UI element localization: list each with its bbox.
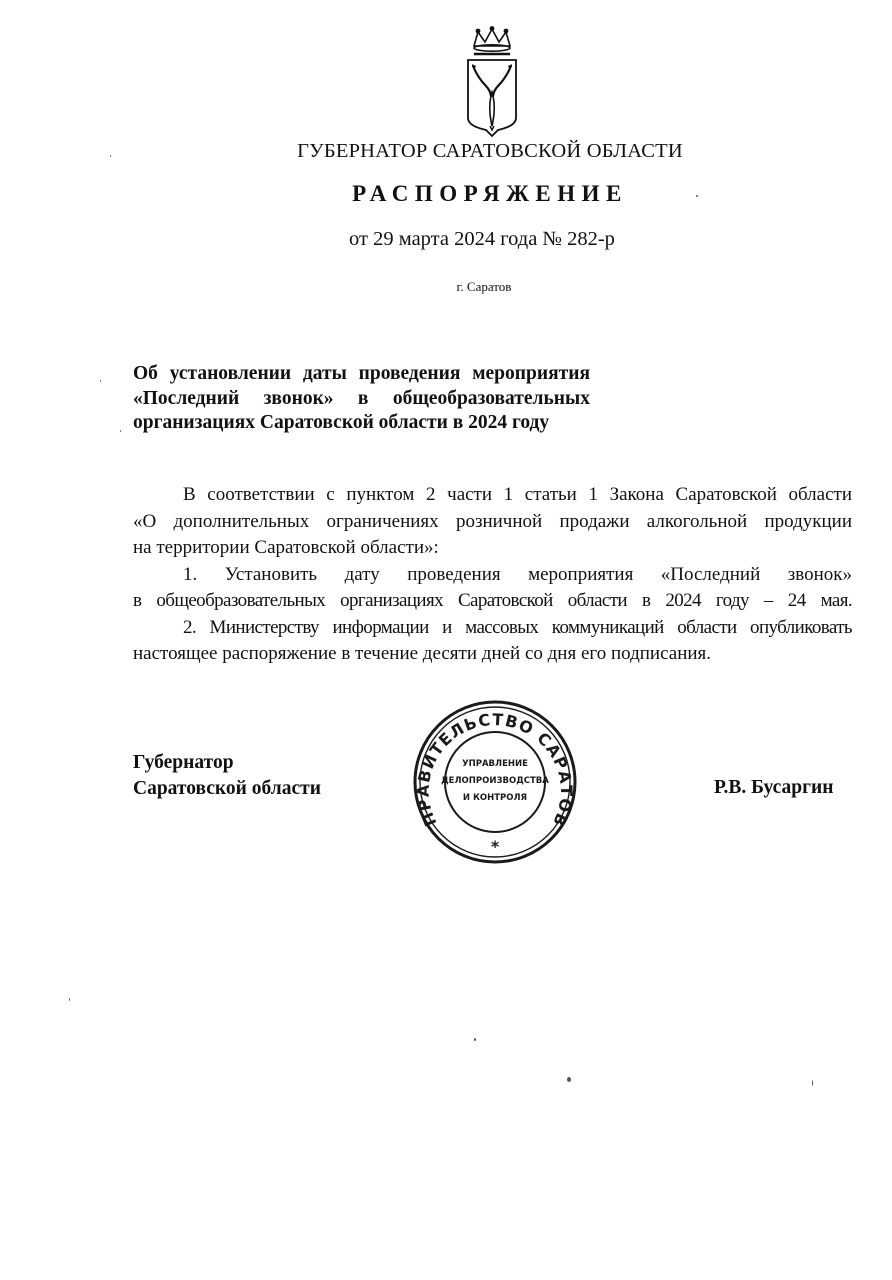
- subject-line: Об установлении даты проведения мероприя…: [133, 362, 590, 387]
- preamble-line: «О дополнительных ограничениях розничной…: [133, 509, 852, 536]
- document-date-number: от 29 марта 2024 года № 282-р: [36, 228, 892, 251]
- document-city: г. Саратов: [38, 279, 892, 295]
- official-stamp-icon: ПРАВИТЕЛЬСТВО САРАТОВСКОЙ ОБЛАСТИ УПРАВЛ…: [410, 700, 580, 865]
- signatory-position-line: Саратовской области: [133, 776, 321, 802]
- scan-speck: [696, 195, 698, 197]
- scan-speck: [100, 380, 101, 382]
- issuing-authority: ГУБЕРНАТОР САРАТОВСКОЙ ОБЛАСТИ: [44, 140, 892, 163]
- document-body: В соответствии с пунктом 2 части 1 стать…: [133, 482, 852, 668]
- scan-speck: [474, 1038, 476, 1041]
- scan-speck: [69, 998, 70, 1001]
- stamp-inner-line: ДЕЛОПРОИЗВОДСТВА: [441, 776, 549, 786]
- scan-speck: [110, 155, 111, 157]
- preamble-line: на территории Саратовской области»:: [133, 535, 852, 562]
- scan-speck: [606, 572, 608, 574]
- item-1-line: в общеобразовательных организациях Сарат…: [133, 588, 852, 615]
- stamp-star-icon: *: [491, 837, 500, 856]
- stamp-inner-line: И КОНТРОЛЯ: [463, 793, 527, 803]
- document-page: ГУБЕРНАТОР САРАТОВСКОЙ ОБЛАСТИ РАСПОРЯЖЕ…: [0, 0, 892, 1280]
- signatory-name: Р.В. Бусаргин: [714, 777, 833, 799]
- coat-of-arms-icon: [460, 26, 524, 138]
- scan-speck: [812, 1080, 813, 1086]
- document-type-title: РАСПОРЯЖЕНИЕ: [44, 181, 892, 207]
- subject-line: «Последний звонок» в общеобразовательных: [133, 387, 590, 412]
- item-1-line: 1. Установить дату проведения мероприяти…: [133, 562, 852, 589]
- document-subject: Об установлении даты проведения мероприя…: [133, 362, 590, 436]
- subject-line: организациях Саратовской области в 2024 …: [133, 411, 590, 436]
- stamp-inner-line: УПРАВЛЕНИЕ: [462, 759, 528, 769]
- item-2-line: 2. Министерству информации и массовых ко…: [133, 615, 852, 642]
- scan-speck: [120, 430, 121, 432]
- signatory-position: Губернатор Саратовской области: [133, 750, 321, 802]
- preamble-line: В соответствии с пунктом 2 части 1 стать…: [133, 482, 852, 509]
- signatory-position-line: Губернатор: [133, 750, 321, 776]
- item-2-line: настоящее распоряжение в течение десяти …: [133, 641, 852, 668]
- scan-speck: [567, 1077, 571, 1082]
